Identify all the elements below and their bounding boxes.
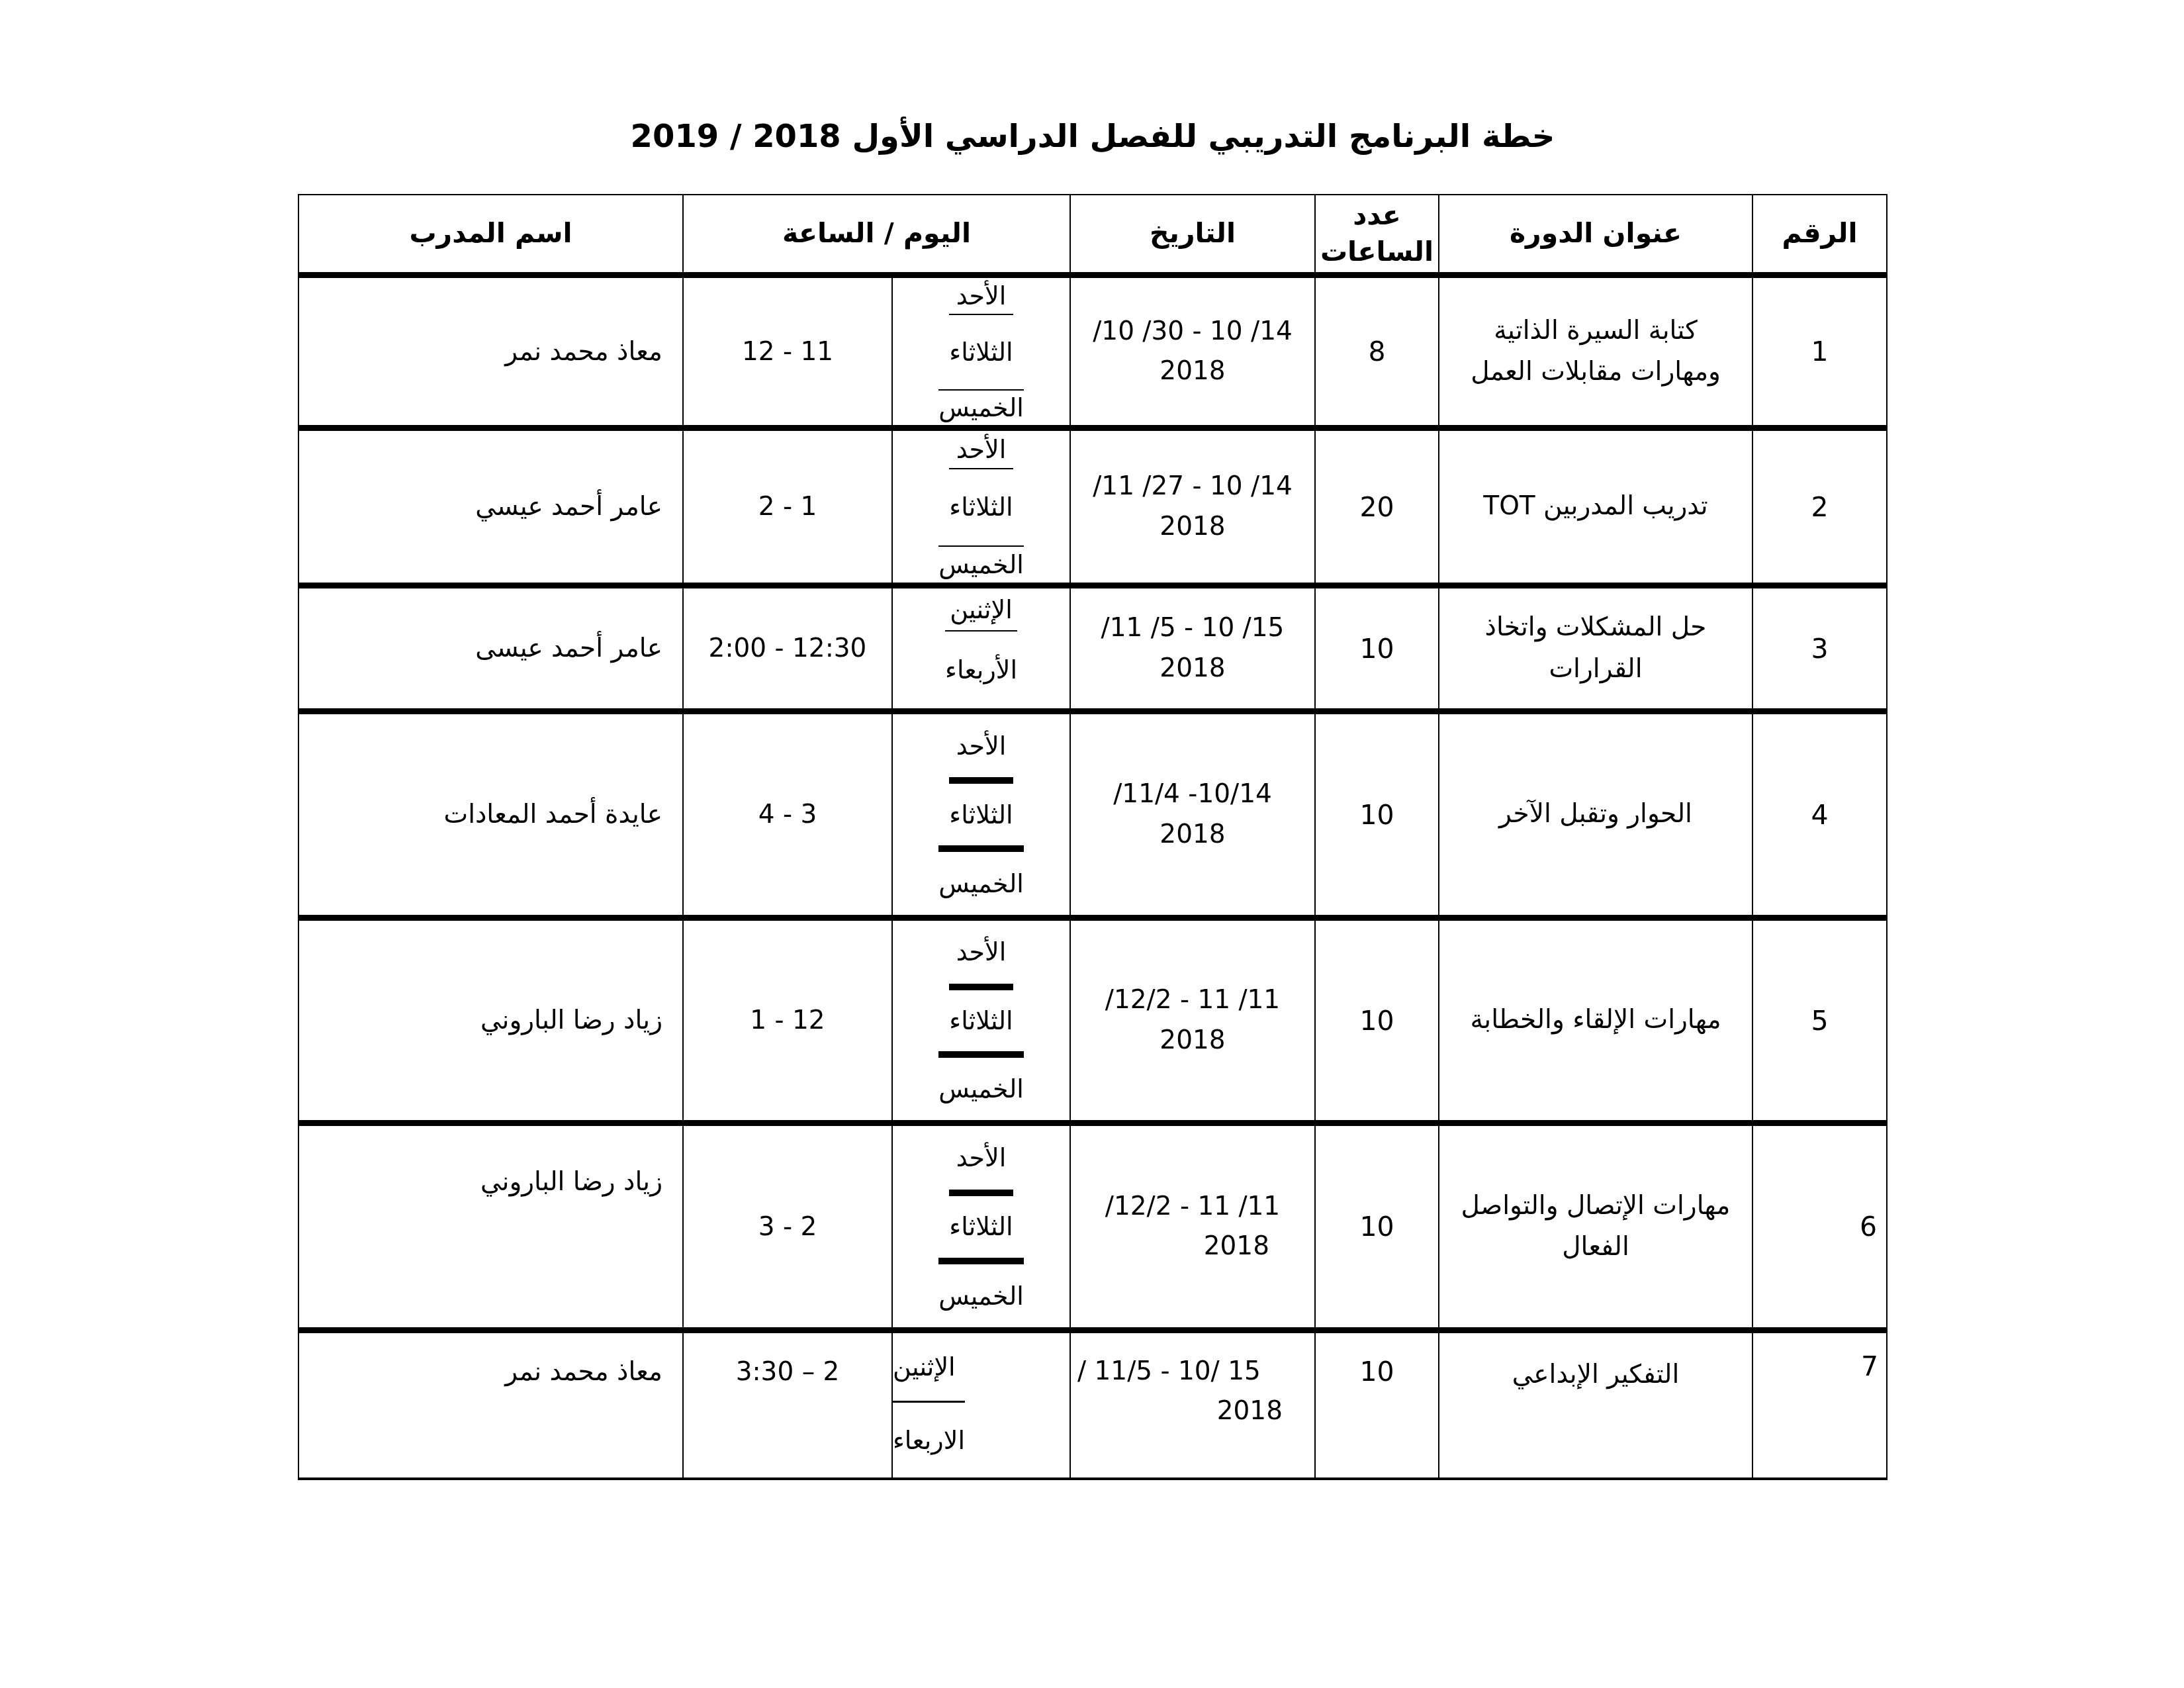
days-cell: الإثنين الأربعاء: [891, 588, 1069, 708]
day-name: الثلاثاء: [949, 314, 1013, 389]
date-line-2: 2018: [1204, 1227, 1269, 1266]
hours-count: 10: [1314, 588, 1438, 708]
hours-count: 10: [1314, 1126, 1438, 1327]
header-hours: عدد الساعات: [1314, 195, 1438, 272]
table-row: زياد رضا الباروني 3 - 2 الأحد الثلاثاء ا…: [299, 1120, 1886, 1327]
date-line-2: 2018: [1160, 507, 1225, 547]
days-cell: الأحد الثلاثاء الخميس: [891, 1126, 1069, 1327]
time-range: 2:00 - 12:30: [682, 588, 891, 708]
course-title: تدريب المدربين TOT: [1438, 431, 1752, 583]
row-number: 7: [1752, 1333, 1886, 1477]
date-range: /10 /30 - 10 /14 2018: [1069, 278, 1314, 425]
course-title: حل المشكلات واتخاذ القرارات: [1438, 588, 1752, 708]
hours-count: 20: [1314, 431, 1438, 583]
days-cell: الأحد الثلاثاء الخميس: [891, 921, 1069, 1120]
time-range: 1 - 12: [682, 921, 891, 1120]
day-name: الخميس: [938, 1258, 1024, 1327]
days-cell: الأحد الثلاثاء الخميس: [891, 431, 1069, 583]
trainer-name: عامر أحمد عيسى: [299, 588, 682, 708]
date-line-2: 2018: [1160, 649, 1225, 688]
time-range: 4 - 3: [682, 714, 891, 915]
date-range: /11 /5 - 10 /15 2018: [1069, 588, 1314, 708]
date-line-1: /11/4 -10/14: [1113, 774, 1272, 814]
trainer-name: زياد رضا الباروني: [299, 921, 682, 1120]
date-line-1: /12/2 - 11 /11: [1105, 980, 1280, 1020]
days-cell: الأحد الثلاثاء الخميس: [891, 714, 1069, 915]
day-name: الاربعاء: [893, 1401, 965, 1477]
row-number: 4: [1752, 714, 1886, 915]
day-name: الأحد: [956, 921, 1007, 984]
date-range: /11/4 -10/14 2018: [1069, 714, 1314, 915]
trainer-name: عايدة أحمد المعادات: [299, 714, 682, 915]
trainer-name: معاذ محمد نمر: [299, 1333, 682, 1477]
date-line-2: 2018: [1160, 815, 1225, 855]
date-line-1: /11 /27 - 10 /14: [1093, 467, 1293, 506]
course-title: كتابة السيرة الذاتية ومهارات مقابلات الع…: [1438, 278, 1752, 425]
date-line-1: / 11/5 - 10/ 15: [1077, 1352, 1261, 1391]
course-title: مهارات الإلقاء والخطابة: [1438, 921, 1752, 1120]
day-name: الأحد: [956, 1126, 1007, 1190]
header-course-title: عنوان الدورة: [1438, 195, 1752, 272]
date-range: /12/2 - 11 /11 2018: [1069, 921, 1314, 1120]
time-range: 3:30 – 2: [682, 1333, 891, 1477]
day-name: الخميس: [938, 545, 1024, 583]
day-name: الإثنين: [893, 1333, 956, 1401]
date-line-1: /11 /5 - 10 /15: [1101, 608, 1285, 648]
date-line-2: 2018: [1160, 1021, 1225, 1060]
table-header-row: اسم المدرب اليوم / الساعة التاريخ عدد ال…: [299, 195, 1886, 272]
date-range: /11 /27 - 10 /14 2018: [1069, 431, 1314, 583]
row-number: 5: [1752, 921, 1886, 1120]
header-day-time: اليوم / الساعة: [682, 195, 1069, 272]
hours-count: 10: [1314, 1333, 1438, 1477]
date-line-1: /10 /30 - 10 /14: [1093, 312, 1293, 352]
time-range: 3 - 2: [682, 1126, 891, 1327]
table-row: عامر أحمد عيسى 2:00 - 12:30 الإثنين الأر…: [299, 583, 1886, 708]
table-row: عامر أحمد عيسي 2 - 1 الأحد الثلاثاء الخم…: [299, 425, 1886, 583]
hours-count: 10: [1314, 921, 1438, 1120]
day-name: الخميس: [938, 389, 1024, 425]
course-title: التفكير الإبداعي: [1438, 1333, 1752, 1477]
day-name: الثلاثاء: [949, 468, 1013, 545]
day-name: الأحد: [956, 431, 1007, 468]
date-range: / 11/5 - 10/ 15 2018: [1069, 1333, 1314, 1477]
table-row: زياد رضا الباروني 1 - 12 الأحد الثلاثاء …: [299, 915, 1886, 1120]
trainer-name: زياد رضا الباروني: [299, 1126, 682, 1327]
row-number: 1: [1752, 278, 1886, 425]
days-cell: الإثنين الاربعاء: [891, 1333, 1069, 1477]
schedule-table: اسم المدرب اليوم / الساعة التاريخ عدد ال…: [298, 194, 1888, 1480]
day-name: الأحد: [956, 278, 1007, 314]
date-line-2: 2018: [1217, 1391, 1283, 1431]
day-name: الخميس: [938, 1051, 1024, 1120]
header-date: التاريخ: [1069, 195, 1314, 272]
time-range: 2 - 1: [682, 431, 891, 583]
trainer-name: معاذ محمد نمر: [299, 278, 682, 425]
row-number: 6: [1752, 1126, 1886, 1327]
day-name: الخميس: [938, 845, 1024, 915]
day-name: الأربعاء: [945, 630, 1017, 708]
table-row: معاذ محمد نمر 3:30 – 2 الإثنين الاربعاء …: [299, 1327, 1886, 1477]
course-title: الحوار وتقبل الآخر: [1438, 714, 1752, 915]
table-row: معاذ محمد نمر 12 - 11 الأحد الثلاثاء الخ…: [299, 272, 1886, 425]
day-name: الثلاثاء: [949, 984, 1013, 1051]
day-name: الثلاثاء: [949, 1190, 1013, 1258]
date-line-1: /12/2 - 11 /11: [1105, 1187, 1280, 1227]
row-number: 2: [1752, 431, 1886, 583]
day-name: الإثنين: [950, 588, 1013, 630]
hours-count: 10: [1314, 714, 1438, 915]
date-range: /12/2 - 11 /11 2018: [1069, 1126, 1314, 1327]
date-line-2: 2018: [1160, 352, 1225, 391]
day-name: الثلاثاء: [949, 777, 1013, 845]
page-title: خطة البرنامج التدريبي للفصل الدراسي الأو…: [298, 118, 1888, 155]
trainer-name: عامر أحمد عيسي: [299, 431, 682, 583]
hours-count: 8: [1314, 278, 1438, 425]
table-row: عايدة أحمد المعادات 4 - 3 الأحد الثلاثاء…: [299, 708, 1886, 915]
days-cell: الأحد الثلاثاء الخميس: [891, 278, 1069, 425]
row-number: 3: [1752, 588, 1886, 708]
header-trainer-name: اسم المدرب: [299, 195, 682, 272]
day-name: الأحد: [956, 714, 1007, 777]
header-row-number: الرقم: [1752, 195, 1886, 272]
course-title: مهارات الإتصال والتواصل الفعال: [1438, 1126, 1752, 1327]
time-range: 12 - 11: [682, 278, 891, 425]
